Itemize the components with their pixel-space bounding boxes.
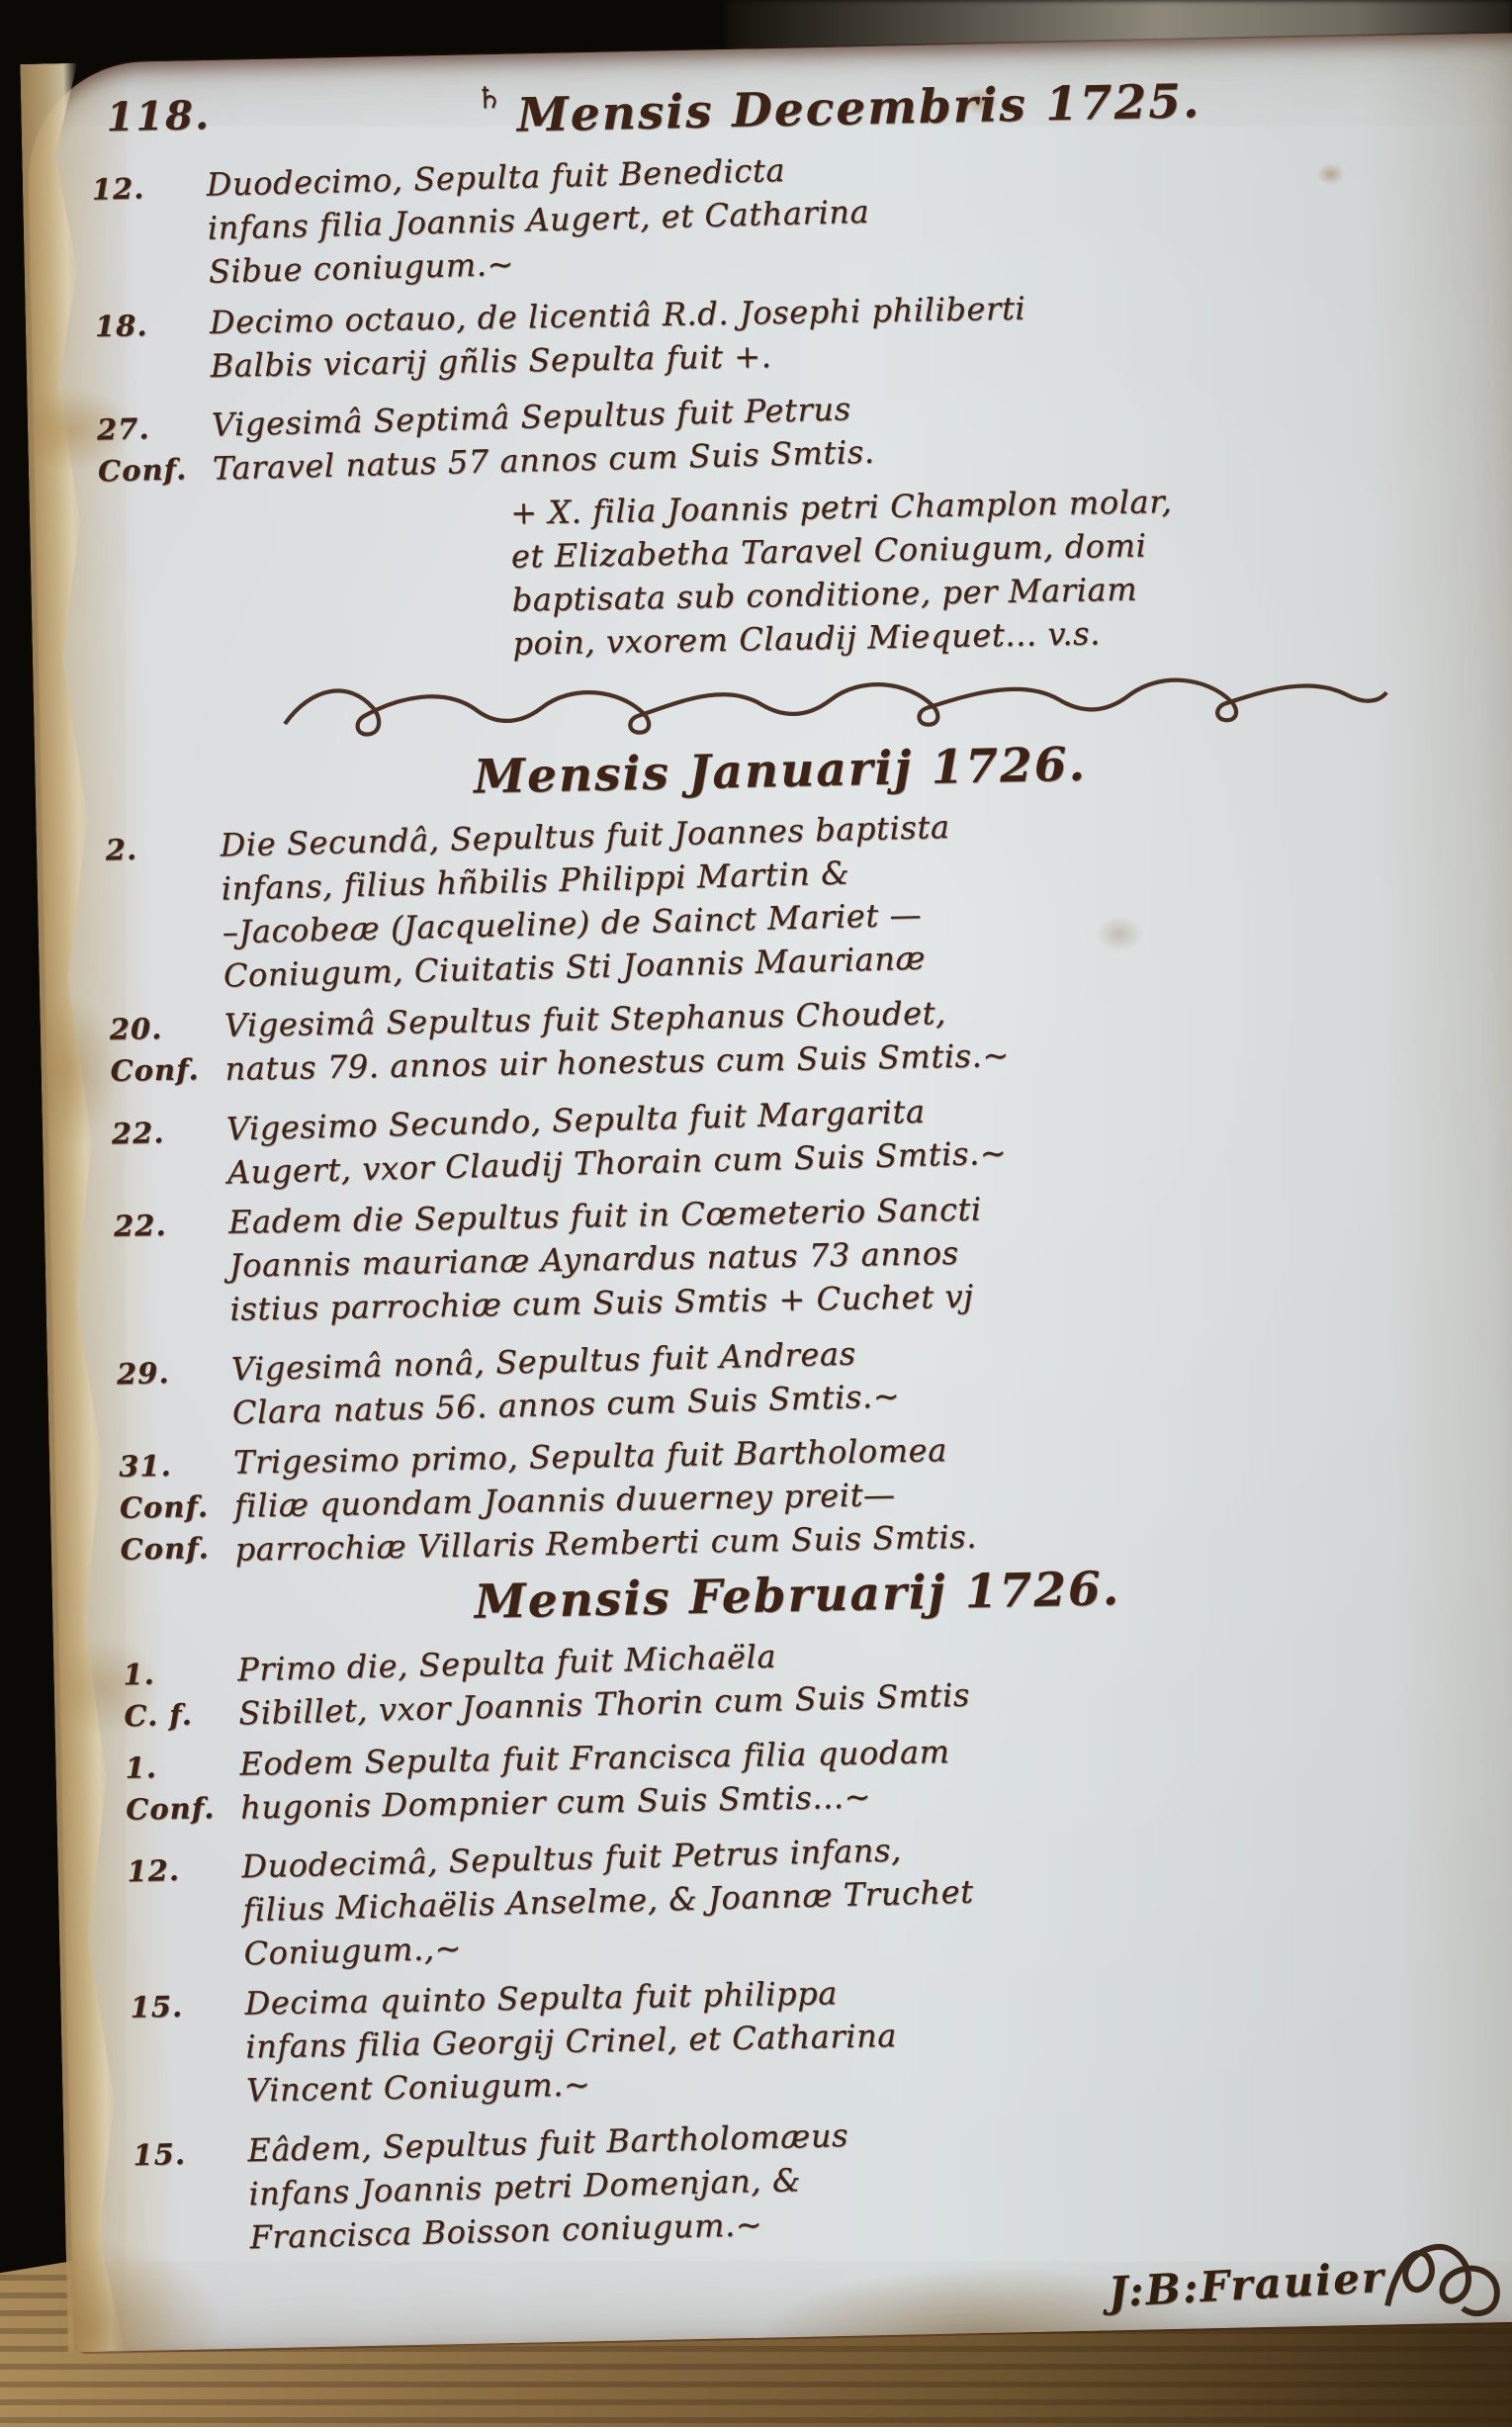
entry-margin-number: 20. Conf. <box>109 1004 225 1093</box>
entry-margin-number: 1. Conf. <box>125 1742 241 1831</box>
entry-text: Eodem Sepulta fuit Francisca filia quoda… <box>239 1719 1512 1829</box>
entry-text: Vigesimâ Septimâ Sepultus fuit Petrus Ta… <box>211 370 1509 490</box>
register-entry: 31. Conf. Conf. Trigesimo primo, Sepulta… <box>119 1418 1512 1573</box>
section-entries: 2. Die Secundâ, Sepultus fuit Joannes ba… <box>105 793 1512 1575</box>
register-entry: 15. Eâdem, Sepultus fuit Bartholomæus in… <box>133 2096 1512 2263</box>
manuscript-photo: 118. ♄ Mensis Decembris 1725. 12. Duodec… <box>0 0 1512 2427</box>
entry-text: Vigesimâ nonâ, Sepultus fuit Andreas Cla… <box>230 1314 1512 1434</box>
entry-text: Trigesimo primo, Sepulta fuit Bartholome… <box>233 1418 1512 1572</box>
register-entry: 29. Vigesimâ nonâ, Sepultus fuit Andreas… <box>116 1314 1512 1437</box>
register-entry: 20. Conf. Vigesimâ Sepultus fuit Stephan… <box>109 981 1512 1093</box>
section-entries: 12. Duodecimo, Sepulta fuit Benedicta in… <box>91 134 1512 675</box>
register-section: ♄ Mensis Decembris 1725. 12. Duodecimo, … <box>90 69 1512 752</box>
entry-text: Vigesimâ Sepultus fuit Stephanus Choudet… <box>223 981 1512 1091</box>
entry-margin-number: 1. C. f. <box>123 1649 239 1739</box>
entry-text: Eâdem, Sepultus fuit Bartholomæus infans… <box>247 2096 1512 2260</box>
entry-margin-number: 2. <box>105 823 223 1001</box>
entry-text: Die Secundâ, Sepultus fuit Joannes bapti… <box>220 790 1512 998</box>
priest-signature: J:B:Frauier <box>1107 2253 1386 2317</box>
entry-margin-number <box>99 496 217 674</box>
entry-margin-number: 18. <box>95 300 212 389</box>
register-section: Mensis Januarij 1726. 2. Die Secundâ, Se… <box>104 729 1512 1575</box>
section-title: Mensis Februarij 1726. <box>474 1562 1120 1630</box>
folio-number: 118. <box>106 92 211 140</box>
entry-margin-number: 12. <box>127 1844 244 1978</box>
register-entry: 27. Conf. Vigesimâ Septimâ Sepultus fuit… <box>96 370 1509 493</box>
entry-text: Decima quinto Sepulta fuit philippa infa… <box>244 1959 1512 2112</box>
entry-text: Duodecimâ, Sepultus fuit Petrus infans, … <box>241 1812 1512 1976</box>
entry-text: Eadem die Sepultus fuit in Cœmeterio San… <box>228 1178 1512 1331</box>
register-entry: 15. Decima quinto Sepulta fuit philippa … <box>130 1959 1512 2114</box>
entry-margin-number: 15. <box>130 1982 246 2114</box>
entry-margin-number: 12. <box>91 163 209 297</box>
entry-text: + X. filia Joannis petri Champlon molar,… <box>214 474 1512 671</box>
register-entry: 2. Die Secundâ, Sepultus fuit Joannes ba… <box>105 790 1512 1001</box>
entry-text: Decimo octauo, de licentiâ R.d. Josephi … <box>209 278 1506 388</box>
register-entry: 22. Eadem die Sepultus fuit in Cœmeterio… <box>114 1178 1512 1333</box>
entry-margin-number: 31. Conf. Conf. <box>119 1441 235 1573</box>
entry-margin-number: 22. <box>111 1107 227 1197</box>
entry-margin-number: 22. <box>114 1201 230 1333</box>
title-flourish-mark: ♄ <box>476 81 505 117</box>
register-entry: 1. C. f. Primo die, Sepulta fuit Michaël… <box>123 1616 1512 1739</box>
entry-text: Vigesimo Secundo, Sepulta fuit Margarita… <box>225 1074 1512 1194</box>
register-entry: + X. filia Joannis petri Champlon molar,… <box>99 474 1512 674</box>
entry-margin-number: 27. Conf. <box>96 403 213 493</box>
register-entry: 1. Conf. Eodem Sepulta fuit Francisca fi… <box>125 1719 1512 1831</box>
register-sections: ♄ Mensis Decembris 1725. 12. Duodecimo, … <box>90 69 1512 2260</box>
register-entry: 18. Decimo octauo, de licentiâ R.d. Jose… <box>95 278 1507 390</box>
page-content: 118. ♄ Mensis Decembris 1725. 12. Duodec… <box>90 57 1512 2325</box>
register-entry: 12. Duodecimâ, Sepultus fuit Petrus infa… <box>127 1812 1512 1979</box>
entry-margin-number: 29. <box>116 1347 232 1437</box>
register-section: Mensis Februarij 1726. 1. C. f. Primo di… <box>122 1555 1512 2260</box>
entry-text: Primo die, Sepulta fuit Michaëla Sibille… <box>237 1616 1512 1736</box>
register-entry: 22. Vigesimo Secundo, Sepulta fuit Marga… <box>111 1074 1512 1197</box>
section-title: Mensis Januarij 1726. <box>473 737 1087 804</box>
signature-flourish <box>1379 2234 1509 2326</box>
section-entries: 1. C. f. Primo die, Sepulta fuit Michaël… <box>123 1619 1512 2260</box>
entry-margin-number: 15. <box>133 2128 250 2262</box>
parish-register-page: 118. ♄ Mensis Decembris 1725. 12. Duodec… <box>26 33 1512 2353</box>
